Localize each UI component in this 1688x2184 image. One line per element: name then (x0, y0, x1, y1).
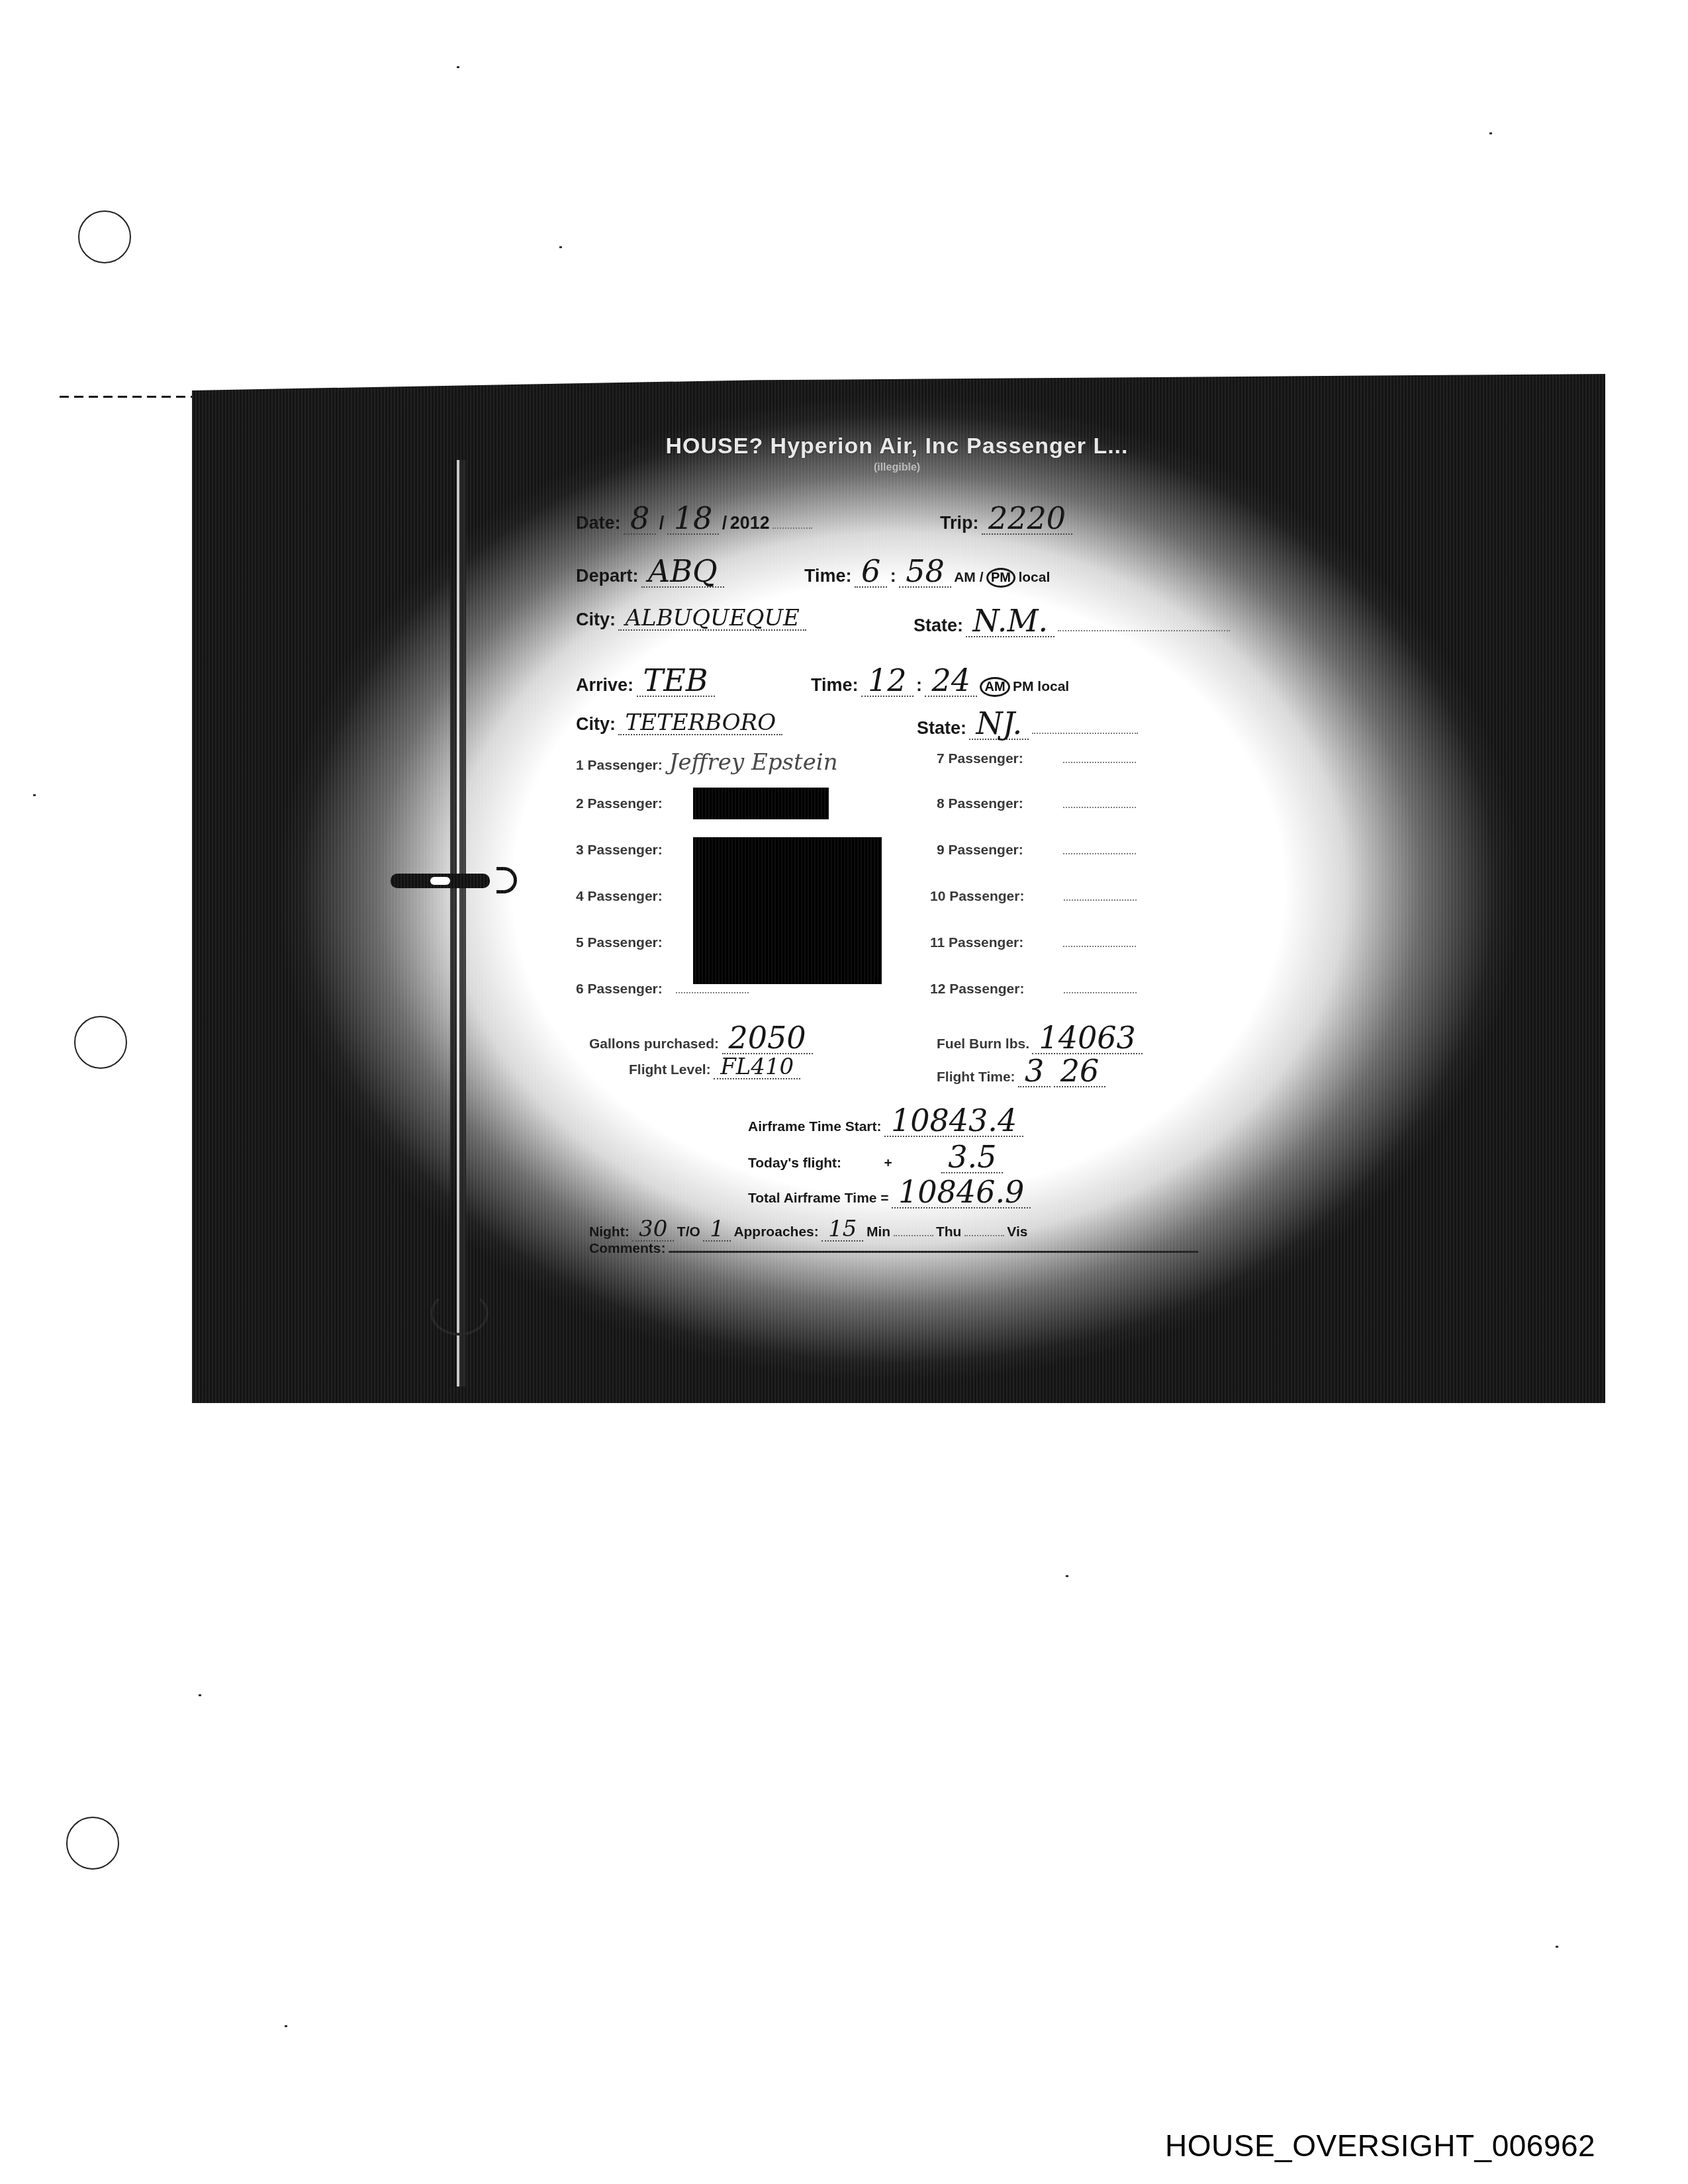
date-label: Date: (576, 513, 621, 533)
depart-city: ALBUQUEQUE (618, 607, 806, 631)
airframe-total-label: Total Airframe Time = (748, 1191, 889, 1206)
depart-state-row: State: N.M. (914, 606, 1230, 637)
passenger-log-photo: HOUSE? Hyperion Air, Inc Passenger L... … (192, 374, 1605, 1403)
punch-hole-top (78, 210, 131, 263)
flight-time-label: Flight Time: (937, 1069, 1015, 1085)
passenger-row: 10 Passenger: (930, 889, 1137, 905)
binder-hook (496, 867, 517, 893)
depart-time-row: Time: 6 : 58 AM / PM local (804, 556, 1050, 588)
depart-time-label: Time: (804, 566, 852, 586)
vis-label: Vis (1007, 1224, 1027, 1240)
arrive-state-label: State: (917, 718, 966, 738)
passenger-label: 7 Passenger: (937, 751, 1023, 766)
redaction-box-passengers-3-5 (693, 837, 882, 984)
passenger-label: 5 Passenger: (576, 935, 663, 950)
depart-label: Depart: (576, 566, 639, 586)
passenger-label: 9 Passenger: (937, 842, 1023, 858)
depart-row: Depart: ABQ (576, 556, 724, 588)
fuel-burn-label: Fuel Burn lbs. (937, 1036, 1029, 1052)
passenger-blank (1063, 759, 1136, 763)
gallons-row: Gallons purchased: 2050 (589, 1023, 813, 1054)
arrive-pm-local-label: PM local (1013, 679, 1069, 694)
date-row: Date: 8 / 18 / 2012 (576, 503, 812, 535)
passenger-label: 10 Passenger: (930, 889, 1024, 904)
gallons-value: 2050 (722, 1023, 813, 1054)
scan-speck (457, 66, 459, 68)
trip-label: Trip: (940, 513, 979, 533)
depart-state: N.M. (966, 606, 1055, 637)
passenger-blank (1063, 943, 1136, 947)
passenger-blank (676, 989, 749, 993)
depart-am-label: AM / (954, 570, 983, 585)
gallons-label: Gallons purchased: (589, 1036, 719, 1052)
passenger-name: Jeffrey Epstein (663, 751, 845, 774)
comments-line (669, 1248, 1198, 1253)
arrive-airport: TEB (637, 665, 715, 697)
form-title: HOUSE? Hyperion Air, Inc Passenger L... (642, 433, 1152, 459)
passenger-row: 2 Passenger: (576, 796, 663, 812)
thu-label: Thu (936, 1224, 961, 1240)
redaction-box-passenger-2 (693, 788, 829, 819)
passenger-label: 1 Passenger: (576, 758, 663, 773)
form-header: HOUSE? Hyperion Air, Inc Passenger L... … (642, 433, 1152, 474)
to-label: T/O (677, 1224, 700, 1240)
arrive-label: Arrive: (576, 675, 633, 695)
arrive-state: NJ. (969, 708, 1029, 740)
scan-speck (199, 1694, 201, 1696)
flight-level-label: Flight Level: (629, 1062, 711, 1077)
scan-speck (285, 2025, 287, 2027)
passenger-blank (1064, 989, 1137, 993)
punch-hole-bottom (66, 1817, 119, 1870)
fuel-burn-row: Fuel Burn lbs. 14063 (937, 1023, 1143, 1054)
night-label: Night: (589, 1224, 630, 1240)
date-month: 8 (624, 503, 656, 535)
comments-label: Comments: (589, 1241, 666, 1256)
date-day: 18 (667, 503, 720, 535)
flight-level-row: Flight Level: FL410 (629, 1056, 800, 1079)
date-year: 2012 (730, 513, 770, 533)
comments-row: Comments: (589, 1241, 1198, 1257)
depart-city-row: City: ALBUQUEQUE (576, 607, 806, 631)
passenger-row: 1 Passenger:Jeffrey Epstein (576, 751, 845, 774)
arrive-city: TETERBORO (618, 711, 782, 735)
arrive-row: Arrive: TEB (576, 665, 715, 697)
depart-minute: 58 (899, 556, 951, 588)
flight-time-hours: 3 (1018, 1056, 1051, 1087)
passenger-blank (1063, 804, 1136, 808)
binder-spine (450, 460, 466, 1387)
airframe-start-row: Airframe Time Start: 10843.4 (748, 1105, 1023, 1137)
passenger-row: 11 Passenger: (930, 935, 1136, 951)
fuel-burn-value: 14063 (1032, 1023, 1142, 1054)
todays-flight-label: Today's flight: (748, 1156, 841, 1171)
depart-hour: 6 (855, 556, 887, 588)
form-subtitle: (illegible) (642, 462, 1152, 474)
scan-streak (60, 396, 192, 398)
night-value: 30 (632, 1218, 674, 1242)
passenger-label: 11 Passenger: (930, 935, 1023, 950)
min-label: Min (867, 1224, 890, 1240)
landings-row: Night: 30 T/O 1 Approaches: 15 Min Thu V… (589, 1218, 1028, 1242)
scan-speck (559, 246, 562, 248)
scan-speck (1556, 1946, 1558, 1948)
approaches-value: 15 (821, 1218, 863, 1242)
arrive-city-row: City: TETERBORO (576, 711, 782, 735)
passenger-label: 6 Passenger: (576, 981, 663, 997)
arrive-time-row: Time: 12 : 24 AM PM local (811, 665, 1069, 697)
passenger-label: 2 Passenger: (576, 796, 663, 811)
trip-row: Trip: 2220 (940, 503, 1072, 535)
todays-flight-value: 3.5 (941, 1142, 1003, 1173)
passenger-row: 4 Passenger: (576, 889, 663, 905)
airframe-total-row: Total Airframe Time = 10846.9 (748, 1177, 1031, 1208)
depart-airport: ABQ (641, 556, 724, 588)
arrive-minute: 24 (925, 665, 977, 697)
airframe-start-value: 10843.4 (884, 1105, 1023, 1137)
passenger-row: 8 Passenger: (937, 796, 1136, 812)
flight-time-row: Flight Time: 3 26 (937, 1056, 1105, 1087)
binder-clip (391, 874, 490, 888)
passenger-blank (1064, 897, 1137, 901)
passenger-label: 8 Passenger: (937, 796, 1023, 811)
passenger-row: 3 Passenger: (576, 842, 663, 858)
scan-speck (33, 794, 36, 796)
arrive-hour: 12 (861, 665, 914, 697)
approaches-label: Approaches: (733, 1224, 818, 1240)
passenger-row: 12 Passenger: (930, 981, 1137, 997)
trip-number: 2220 (982, 503, 1072, 535)
arrive-city-label: City: (576, 714, 616, 734)
airframe-start-label: Airframe Time Start: (748, 1119, 882, 1134)
passenger-row: 7 Passenger: (937, 751, 1136, 767)
punch-hole-middle (74, 1016, 127, 1069)
depart-state-label: State: (914, 615, 963, 635)
passenger-label: 4 Passenger: (576, 889, 663, 904)
bates-number: HOUSE_OVERSIGHT_006962 (1165, 2128, 1595, 2163)
passenger-blank (1063, 850, 1136, 854)
arrive-time-label: Time: (811, 675, 859, 695)
arrive-state-row: State: NJ. (917, 708, 1138, 740)
arrive-am-circled: AM (980, 677, 1009, 697)
scan-speck (1489, 132, 1492, 134)
depart-city-label: City: (576, 610, 616, 629)
passenger-row: 5 Passenger: (576, 935, 663, 951)
passenger-label: 12 Passenger: (930, 981, 1024, 997)
flight-level-value: FL410 (714, 1056, 800, 1079)
scan-speck (1066, 1575, 1068, 1577)
flight-time-minutes: 26 (1054, 1056, 1106, 1087)
depart-pm-circled: PM (986, 568, 1015, 588)
passenger-row: 9 Passenger: (937, 842, 1136, 858)
binder-ring (430, 1291, 489, 1336)
todays-flight-row: Today's flight: + 3.5 (748, 1142, 1003, 1173)
airframe-total-value: 10846.9 (892, 1177, 1031, 1208)
to-value: 1 (703, 1218, 731, 1242)
passenger-label: 3 Passenger: (576, 842, 663, 858)
depart-local-label: local (1018, 570, 1050, 585)
